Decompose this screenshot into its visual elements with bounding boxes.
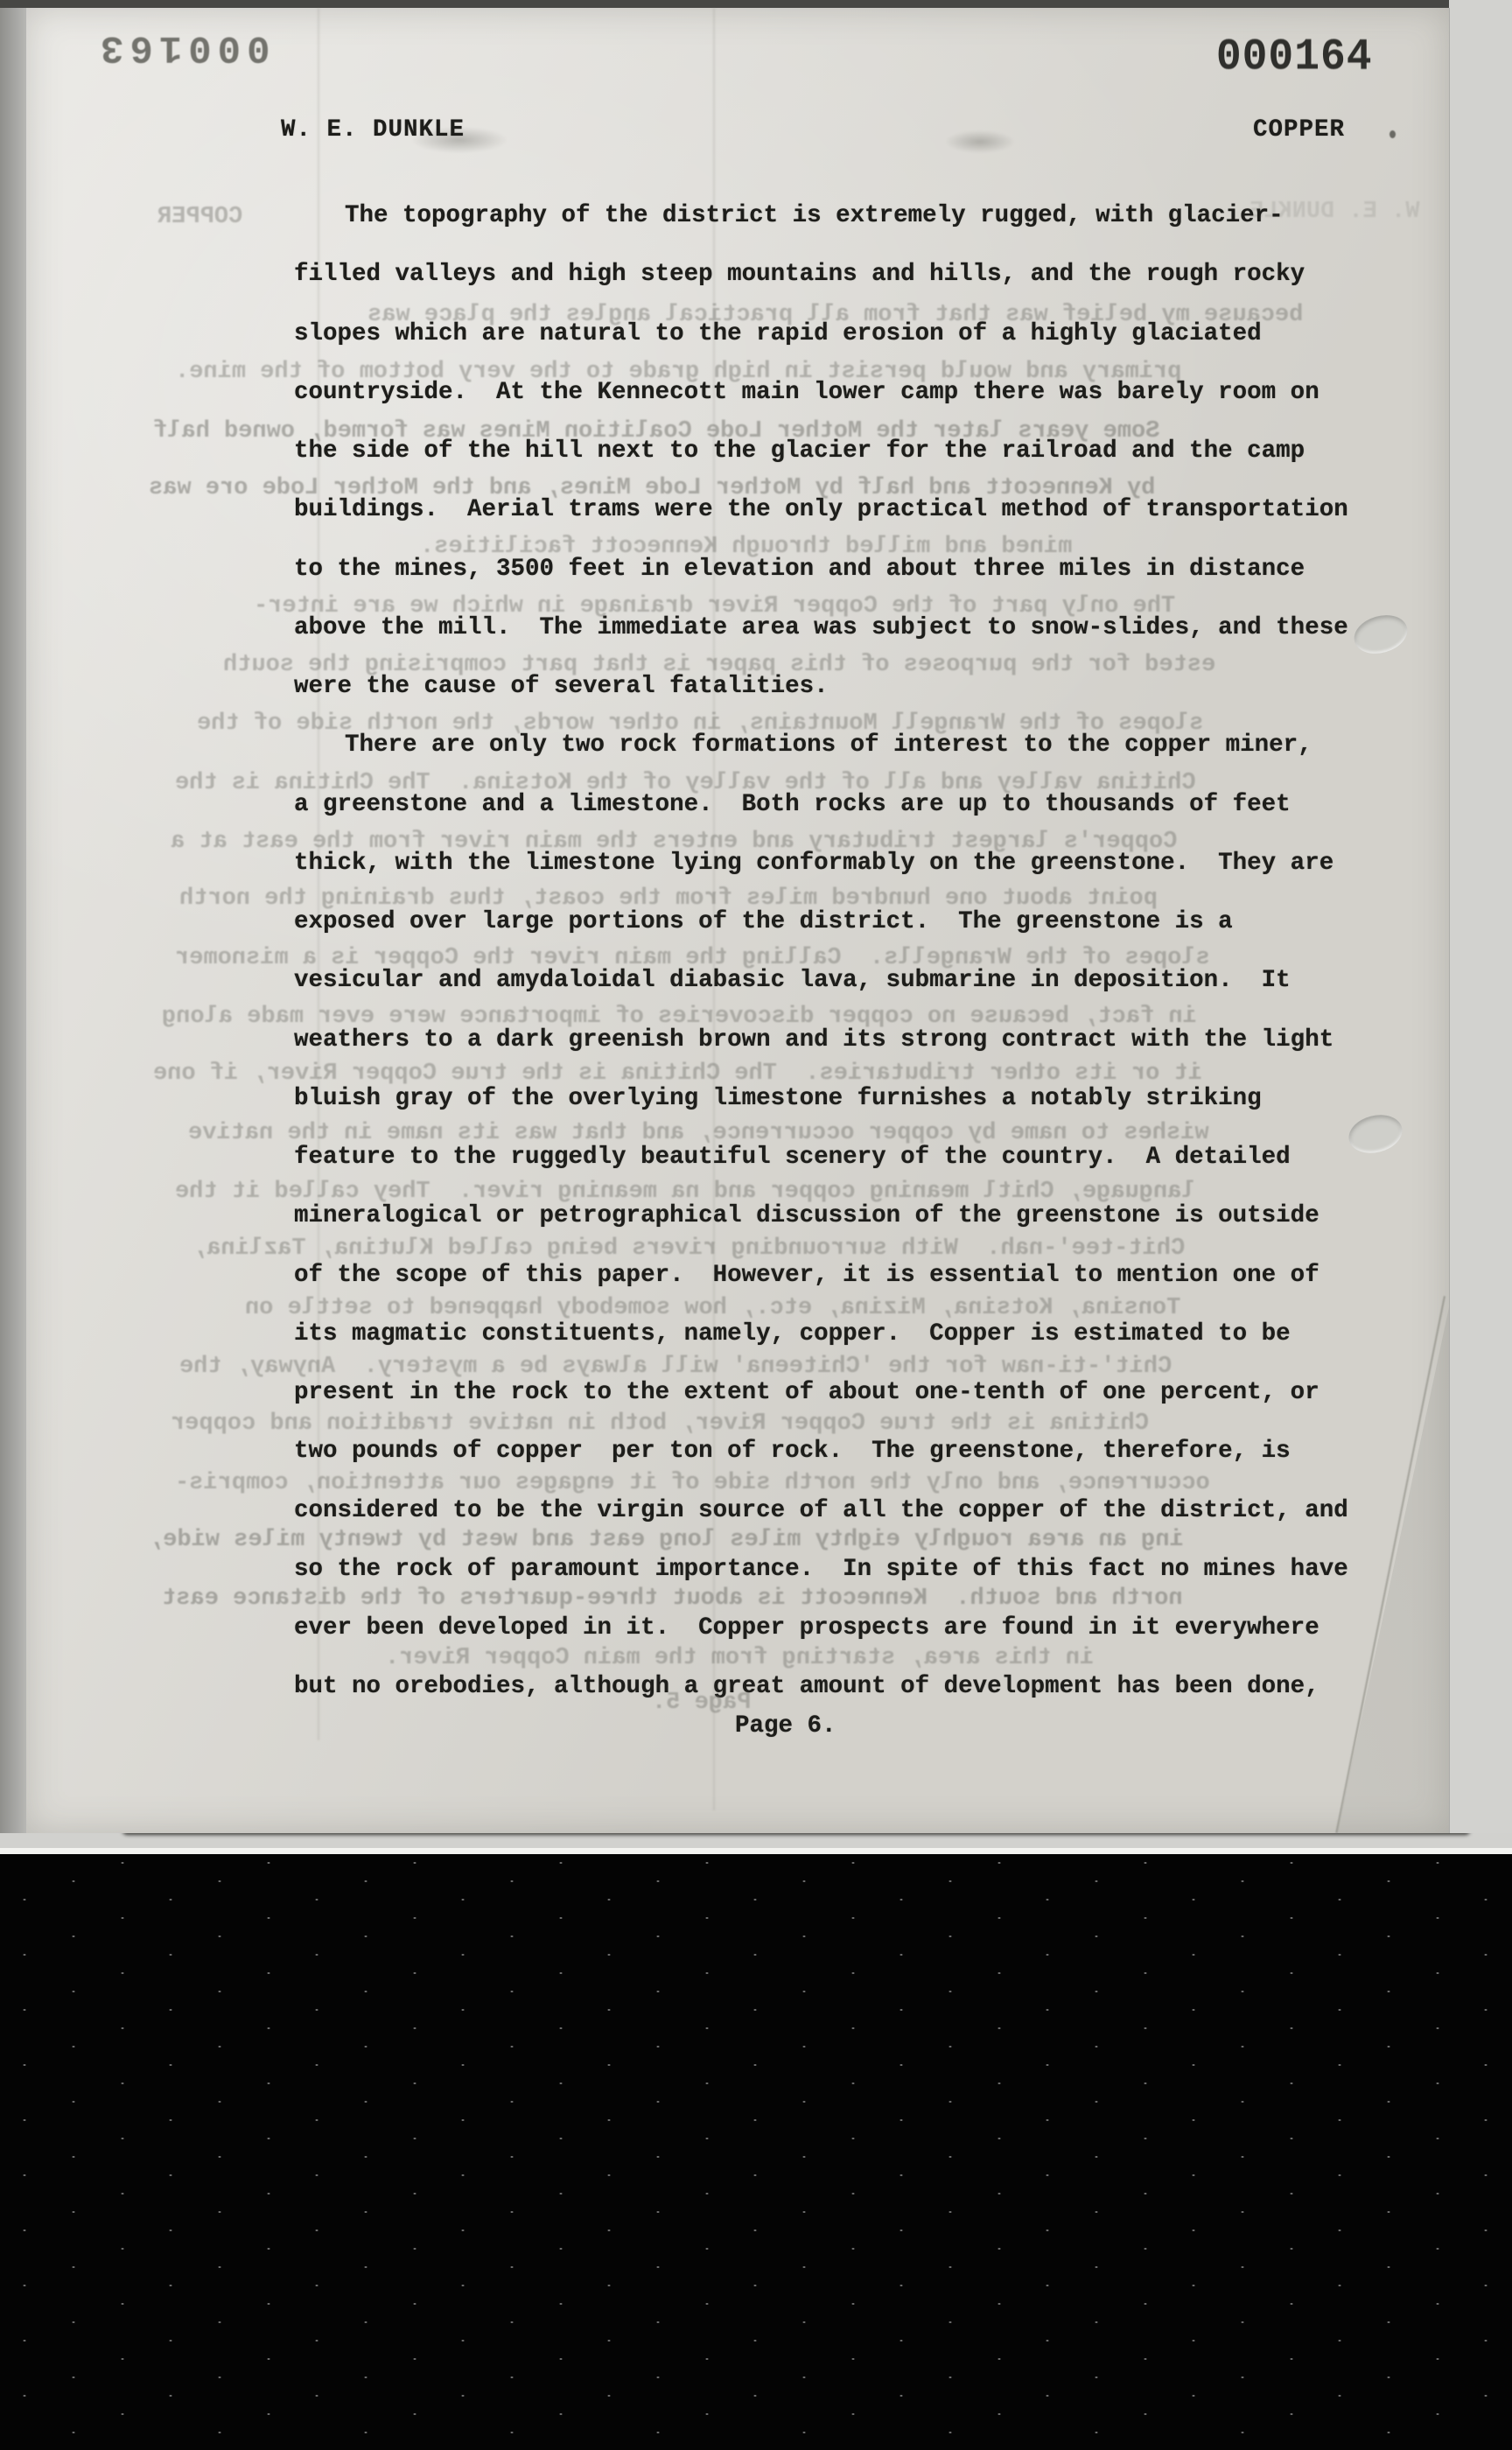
microfilm-background [0,1854,1512,2450]
document-line: The topography of the district is extrem… [345,202,1284,230]
backing-sheet [1449,0,1512,1833]
page-number-stamp-mirrored: 000163 [94,25,269,69]
scanned-document-screen: 000163 000164 COPPER W. E. DUNKLE W. E. … [0,0,1512,2450]
bleedthrough-line: mined and milled through Kennecott facil… [420,534,1072,560]
document-line: ever been developed in it. Copper prospe… [294,1614,1319,1642]
bleedthrough-line: Chit-tee'-nah. With surrounding rivers b… [192,1235,1185,1262]
document-line: vesicular and amydaloidal diabasic lava,… [294,967,1291,995]
bleedthrough-line: by Kennecott and half by Mother Lode Min… [149,475,1155,501]
bleedthrough-line: Chitina is the true Copper River, both i… [171,1410,1149,1437]
document-line: but no orebodies, although a great amoun… [294,1673,1319,1701]
document-page: 000163 000164 COPPER W. E. DUNKLE W. E. … [26,8,1449,1833]
bleedthrough-line: wishes to name by copper occurrence, and… [188,1120,1209,1146]
bleedthrough-line: language, Chitl meaning copper and na me… [175,1179,1196,1205]
document-line: filled valleys and high steep mountains … [294,261,1305,289]
bleedthrough-line: The only part of the Copper River draina… [254,593,1175,619]
bleedthrough-line: Some years later the Mother Lode Coaliti… [153,418,1159,444]
header-author: W. E. DUNKLE [281,116,465,143]
ink-speck [1389,130,1396,138]
bleedthrough-line: ing an area roughly eighty miles long ea… [149,1527,1184,1553]
bleedthrough-line: Copper's largest tributary and enters th… [171,829,1177,855]
bleedthrough-line: in this area, starting from the main Cop… [385,1645,1094,1671]
bleedthrough-line: occurrence, and only the north side of i… [175,1470,1210,1496]
document-line: feature to the ruggedly beautiful scener… [294,1144,1291,1172]
document-line: exposed over large portions of the distr… [294,908,1233,936]
bleedthrough-line: Chitina valley and all of the valley of … [175,770,1196,796]
bleedthrough-page-number: Page 5. [652,1690,751,1716]
bleedthrough-line: in fact, because no copper discoveries o… [162,1004,1197,1030]
ink-smudge [945,130,1015,153]
bleedthrough-line: Chit'-ti-naw for the 'Chiteena' will alw… [179,1354,1172,1380]
document-line: its magmatic constituents, namely, coppe… [294,1320,1291,1348]
bleedthrough-header-copper: COPPER [157,204,242,230]
scanner-edge-highlight [0,1848,1512,1854]
document-line: so the rock of paramount importance. In … [294,1556,1348,1584]
bleedthrough-line: slopes of the Wrangell Mountains, in oth… [197,710,1203,737]
bleedthrough-line: ested for the purposes of this paper is … [223,652,1215,678]
bleedthrough-line: because my belief was that from all prac… [367,302,1303,328]
punch-hole [1345,1109,1406,1158]
document-line: present in the rock to the extent of abo… [294,1379,1319,1407]
scanner-top-strip [0,0,1512,8]
page-number-stamp: 000164 [1216,31,1373,83]
page-number: Page 6. [735,1712,836,1739]
bleedthrough-line: primary and would persist in high grade … [175,359,1181,385]
header-subject: COPPER [1253,116,1345,143]
bleedthrough-line: slopes of the Wrangells. Calling the mai… [175,945,1210,971]
punch-hole [1349,609,1411,659]
document-line: considered to be the virgin source of al… [294,1497,1348,1525]
document-line: of the scope of this paper. However, it … [294,1262,1319,1290]
bleedthrough-line: it or its other tributaries. The Chitina… [153,1060,1202,1087]
scanner-left-margin [0,8,26,1833]
document-line: bluish gray of the overlying limestone f… [294,1085,1262,1113]
bleedthrough-line: north and south. Kennecott is about thre… [162,1585,1183,1612]
bleedthrough-line: Tonsina, Kotsina, Mizina, etc., how some… [245,1295,1180,1321]
document-line: two pounds of copper per ton of rock. Th… [294,1438,1291,1466]
document-line: mineralogical or petrographical discussi… [294,1202,1319,1230]
document-line: weathers to a dark greenish brown and it… [294,1026,1333,1054]
bleedthrough-line: point about one hundred miles from the c… [179,885,1158,912]
